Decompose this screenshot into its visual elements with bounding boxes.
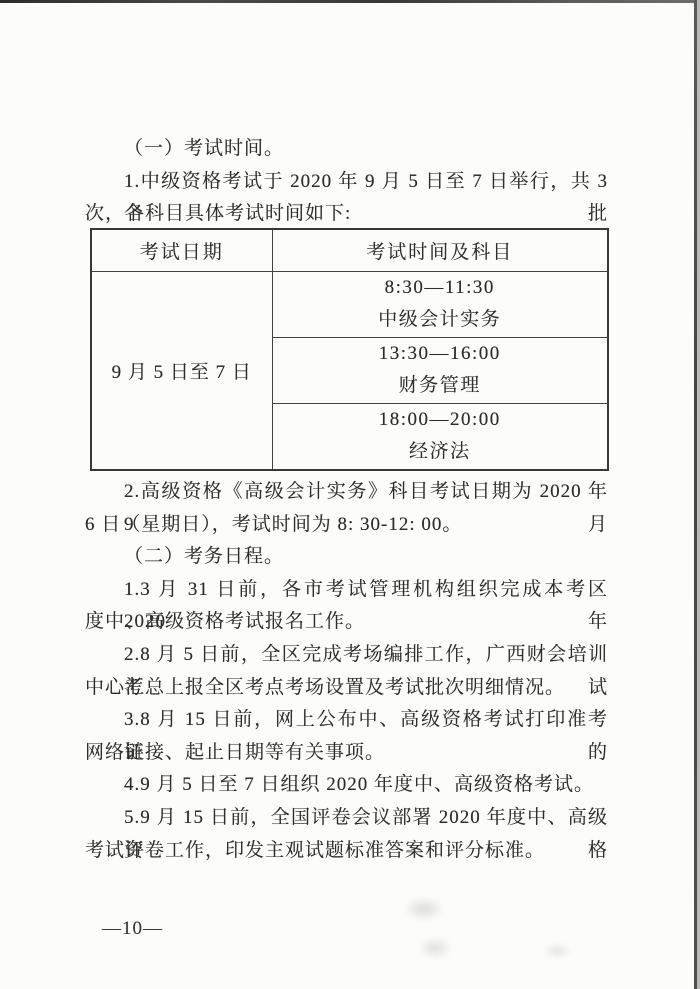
scan-smudge [543,943,571,959]
table-header-exam-date: 考试日期 [91,229,272,271]
session-cell: 13:30—16:00 财务管理 [272,337,608,403]
exam-date-cell: 9 月 5 日至 7 日 [91,271,272,470]
body-text-block-bottom: 2.高级资格《高级会计实务》科目考试日期为 2020 年 9 月 6 日（星期日… [85,476,608,867]
session-cell: 8:30—11:30 中级会计实务 [272,271,608,337]
paragraph-line: 5.9 月 15 日前，全国评卷会议部署 2020 年度中、高级资格 [85,802,608,835]
scanned-document-page: { "body_lines_top": [ { "text": "（一）考试时间… [0,0,700,989]
section-heading-exam-schedule: （二）考务日程。 [85,541,608,574]
page-number: —10— [102,913,163,945]
session-subject: 财务管理 [273,370,608,403]
body-text-block-top: （一）考试时间。 1.中级资格考试于 2020 年 9 月 5 日至 7 日举行… [85,133,608,231]
paragraph-line: 2.高级资格《高级会计实务》科目考试日期为 2020 年 9 月 [85,476,608,509]
exam-schedule-table: 考试日期 考试时间及科目 9 月 5 日至 7 日 8:30—11:30 中级会… [90,228,609,471]
table-header-time-subject: 考试时间及科目 [272,229,608,271]
scan-smudge [403,896,445,922]
section-heading-exam-time: （一）考试时间。 [85,133,608,166]
session-time: 8:30—11:30 [273,272,608,305]
session-time: 18:00—20:00 [273,404,608,437]
session-cell: 18:00—20:00 经济法 [272,403,608,470]
table-row-session-1: 9 月 5 日至 7 日 8:30—11:30 中级会计实务 [91,271,608,337]
paragraph-line: 1.3 月 31 日前，各市考试管理机构组织完成本考区 2020 年 [85,574,608,607]
session-subject: 中级会计实务 [273,304,608,337]
scan-top-edge-artifact [0,0,700,3]
paragraph-line: 4.9 月 5 日至 7 日组织 2020 年度中、高级资格考试。 [85,769,608,802]
paragraph-line: 1.中级资格考试于 2020 年 9 月 5 日至 7 日举行，共 3 个批 [85,166,608,199]
paragraph-line: 考试评卷工作，印发主观试题标准答案和评分标准。 [85,835,608,868]
paragraph-line: 中心汇总上报全区考点考场设置及考试批次明细情况。 [85,672,608,705]
paragraph-line: 2.8 月 5 日前，全区完成考场编排工作，广西财会培训考试 [85,639,608,672]
scan-smudge [418,936,452,960]
session-time: 13:30—16:00 [273,338,608,371]
table-header-row: 考试日期 考试时间及科目 [91,229,608,271]
session-subject: 经济法 [273,436,608,469]
paragraph-line: 3.8 月 15 日前，网上公布中、高级资格考试打印准考证的 [85,704,608,737]
